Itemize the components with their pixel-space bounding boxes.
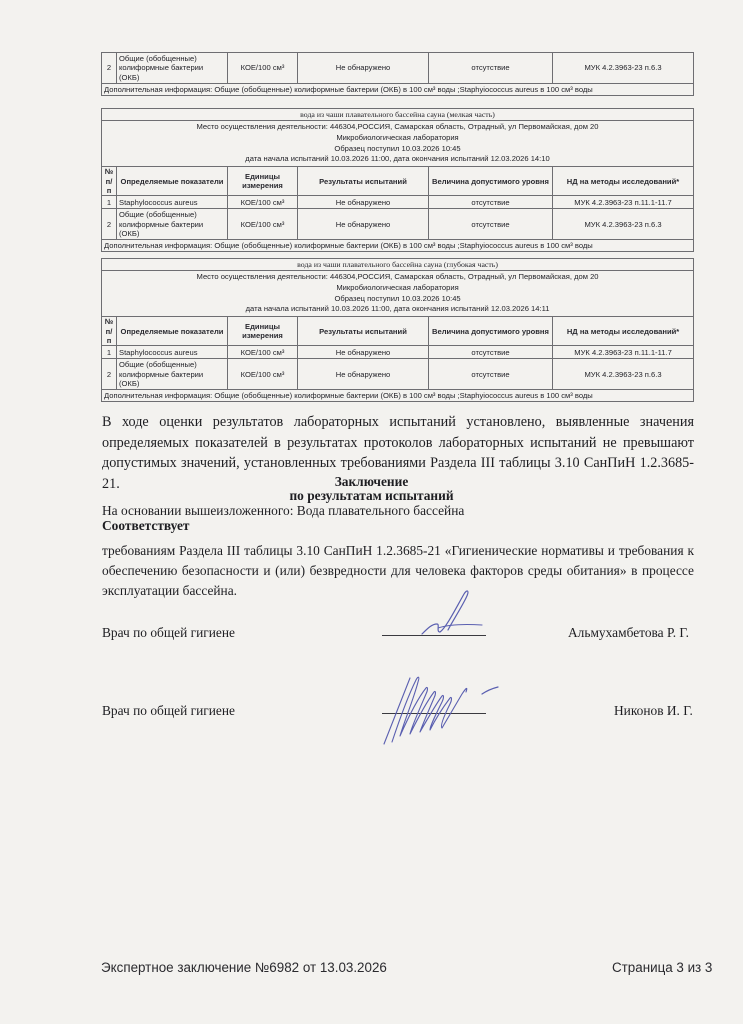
results-table-deep: вода из чаши плавательного бассейна саун… (101, 258, 693, 402)
col-header-indicator: Определяемые показатели (117, 167, 228, 196)
sample-meta-row: Место осуществления деятельности: 446304… (102, 271, 694, 317)
sample-meta-row: Место осуществления деятельности: 446304… (102, 121, 694, 167)
location: Место осуществления деятельности: 446304… (102, 122, 693, 133)
result-cell: Не обнаружено (298, 196, 429, 209)
location: Место осуществления деятельности: 446304… (102, 272, 693, 283)
col-header-result: Результаты испытаний (298, 167, 429, 196)
signer-1-name: Альмухамбетова Р. Г. (568, 625, 689, 641)
col-header-method: НД на методы исследований* (553, 317, 694, 346)
table-row: 2 Общие (обобщенные) колиформные бактери… (102, 53, 694, 84)
additional-info-row: Дополнительная информация: Общие (обобще… (102, 240, 694, 252)
method-cell: МУК 4.2.3963-23 п.6.3 (553, 359, 694, 390)
conclusion-requirements: требованиям Раздела III таблицы 3.10 Сан… (102, 541, 694, 601)
row-number: 2 (102, 53, 117, 84)
additional-info: Дополнительная информация: Общие (обобще… (102, 240, 694, 252)
document-page: 2 Общие (обобщенные) колиформные бактери… (0, 0, 743, 1024)
row-number: 2 (102, 209, 117, 240)
result-cell: Не обнаружено (298, 209, 429, 240)
unit-cell: КОЕ/100 см³ (228, 359, 298, 390)
handwritten-signature-2-icon (378, 668, 508, 748)
indicator-cell: Общие (обобщенные) колиформные бактерии … (117, 359, 228, 390)
limit-cell: отсутствие (429, 346, 553, 359)
sample-title-row: вода из чаши плавательного бассейна саун… (102, 109, 694, 121)
col-header-indicator: Определяемые показатели (117, 317, 228, 346)
additional-info-row: Дополнительная информация: Общие (обобще… (102, 84, 694, 96)
result-cell: Не обнаружено (298, 346, 429, 359)
result-cell: Не обнаружено (298, 53, 429, 84)
method-cell: МУК 4.2.3963-23 п.6.3 (553, 53, 694, 84)
sample-meta: Место осуществления деятельности: 446304… (102, 121, 694, 167)
col-header-limit: Величина допустимого уровня (429, 167, 553, 196)
sample-meta: Место осуществления деятельности: 446304… (102, 271, 694, 317)
received-date: Образец поступил 10.03.2026 10:45 (102, 144, 693, 155)
test-dates: дата начала испытаний 10.03.2026 11:00, … (102, 154, 693, 165)
limit-cell: отсутствие (429, 209, 553, 240)
col-header-number: № п/п (102, 317, 117, 346)
table-header: № п/п Определяемые показатели Единицы из… (102, 167, 694, 196)
conclusion-subtitle: по результатам испытаний (0, 488, 743, 504)
limit-cell: отсутствие (429, 196, 553, 209)
received-date: Образец поступил 10.03.2026 10:45 (102, 294, 693, 305)
row-number: 1 (102, 196, 117, 209)
unit-cell: КОЕ/100 см³ (228, 53, 298, 84)
indicator-cell: Общие (обобщенные) колиформные бактерии … (117, 53, 228, 84)
table-header: № п/п Определяемые показатели Единицы из… (102, 317, 694, 346)
signer-2-name: Никонов И. Г. (614, 703, 693, 719)
col-header-result: Результаты испытаний (298, 317, 429, 346)
footer-document-reference: Экспертное заключение №6982 от 13.03.202… (101, 960, 387, 975)
unit-cell: КОЕ/100 см³ (228, 196, 298, 209)
row-number: 1 (102, 346, 117, 359)
sample-title-row: вода из чаши плавательного бассейна саун… (102, 259, 694, 271)
limit-cell: отсутствие (429, 53, 553, 84)
indicator-cell: Staphylococcus aureus (117, 346, 228, 359)
col-header-number: № п/п (102, 167, 117, 196)
sample-title: вода из чаши плавательного бассейна саун… (102, 259, 694, 271)
result-cell: Не обнаружено (298, 359, 429, 390)
row-number: 2 (102, 359, 117, 390)
indicator-cell: Staphylococcus aureus (117, 196, 228, 209)
additional-info-row: Дополнительная информация: Общие (обобще… (102, 390, 694, 402)
col-header-limit: Величина допустимого уровня (429, 317, 553, 346)
table-row: 2 Общие (обобщенные) колиформные бактери… (102, 359, 694, 390)
additional-info: Дополнительная информация: Общие (обобще… (102, 390, 694, 402)
signer-1-role: Врач по общей гигиене (102, 625, 235, 641)
conclusion-verdict: Соответствует (102, 518, 189, 534)
table-row: 1 Staphylococcus aureus КОЕ/100 см³ Не о… (102, 196, 694, 209)
handwritten-signature-1-icon (410, 588, 490, 638)
results-table-continued: 2 Общие (обобщенные) колиформные бактери… (101, 52, 693, 96)
unit-cell: КОЕ/100 см³ (228, 346, 298, 359)
footer-page-number: Страница 3 из 3 (612, 960, 712, 975)
method-cell: МУК 4.2.3963-23 п.11.1-11.7 (553, 196, 694, 209)
col-header-unit: Единицы измерения (228, 317, 298, 346)
method-cell: МУК 4.2.3963-23 п.6.3 (553, 209, 694, 240)
lab-name: Микробиологическая лаборатория (102, 133, 693, 144)
table-row: 1 Staphylococcus aureus КОЕ/100 см³ Не о… (102, 346, 694, 359)
signer-2-role: Врач по общей гигиене (102, 703, 235, 719)
results-table-shallow: вода из чаши плавательного бассейна саун… (101, 108, 693, 252)
sample-title: вода из чаши плавательного бассейна саун… (102, 109, 694, 121)
additional-info: Дополнительная информация: Общие (обобще… (102, 84, 694, 96)
method-cell: МУК 4.2.3963-23 п.11.1-11.7 (553, 346, 694, 359)
conclusion-basis: На основании вышеизложенного: Вода плава… (102, 503, 464, 519)
table-row: 2 Общие (обобщенные) колиформные бактери… (102, 209, 694, 240)
col-header-unit: Единицы измерения (228, 167, 298, 196)
col-header-method: НД на методы исследований* (553, 167, 694, 196)
unit-cell: КОЕ/100 см³ (228, 209, 298, 240)
limit-cell: отсутствие (429, 359, 553, 390)
test-dates: дата начала испытаний 10.03.2026 11:00, … (102, 304, 693, 315)
lab-name: Микробиологическая лаборатория (102, 283, 693, 294)
indicator-cell: Общие (обобщенные) колиформные бактерии … (117, 209, 228, 240)
